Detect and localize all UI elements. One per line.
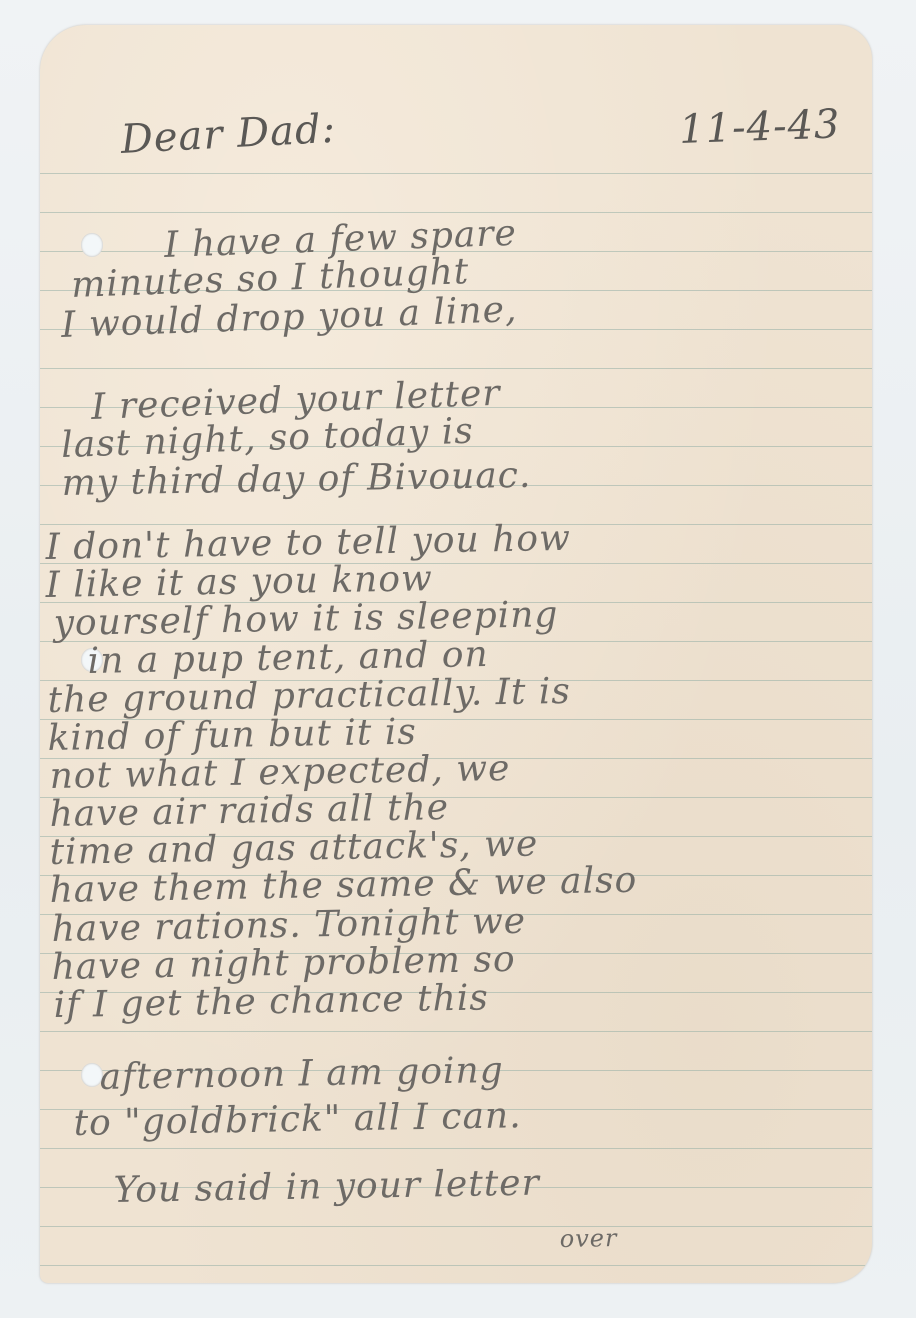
rule-line xyxy=(40,1148,872,1149)
rule-line xyxy=(40,1265,872,1266)
letter-line: to "goldbrick" all I can. xyxy=(73,1095,522,1144)
letter-line: You said in your letter xyxy=(113,1163,540,1211)
letter-line: if I get the chance this xyxy=(53,977,489,1026)
rule-line xyxy=(40,173,872,174)
rule-line xyxy=(40,212,872,213)
rule-line xyxy=(40,1226,872,1227)
rule-line xyxy=(40,368,872,369)
letter-date: 11-4-43 xyxy=(678,101,841,153)
continued-over-note: over xyxy=(560,1224,618,1253)
letter-line: my third day of Bivouac. xyxy=(61,455,531,504)
rule-line xyxy=(40,1031,872,1032)
letter-page: Dear Dad: 11-4-43 I have a few spare min… xyxy=(40,25,872,1283)
punch-hole xyxy=(81,233,103,257)
letter-line: afternoon I am going xyxy=(99,1050,504,1098)
salutation: Dear Dad: xyxy=(120,106,338,163)
